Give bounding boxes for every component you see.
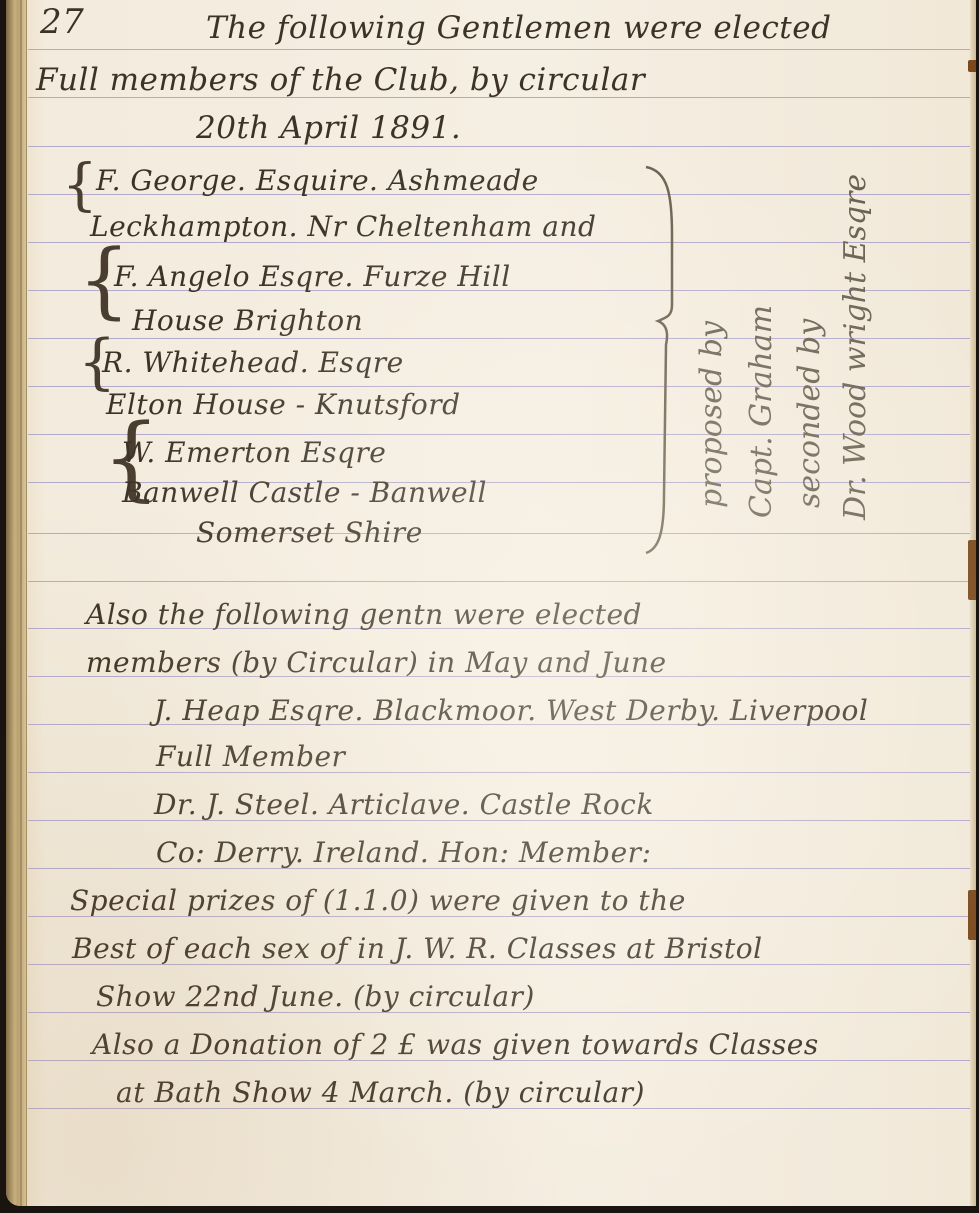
donation-line-2: at Bath Show 4 March. (by circular)	[116, 1076, 645, 1109]
member-steel-line-1: Dr. J. Steel. Articlave. Castle Rock	[154, 788, 654, 821]
prizes-line-3: Show 22nd June. (by circular)	[96, 980, 535, 1013]
donation-line-1: Also a Donation of 2 £ was given towards…	[92, 1028, 819, 1061]
member-4-line-1: W. Emerton Esqre	[122, 436, 386, 469]
member-4-line-2: Banwell Castle - Banwell	[122, 476, 487, 509]
edge-stain	[968, 60, 976, 72]
ruled-line	[28, 49, 976, 50]
page-edge	[970, 0, 976, 1206]
member-1-line-2: Leckhampton. Nr Cheltenham and	[90, 210, 596, 243]
header-date: 20th April 1891.	[196, 110, 461, 146]
may-june-line-2: members (by Circular) in May and June	[86, 646, 667, 679]
ruled-line	[28, 146, 976, 147]
page-number: 27	[40, 2, 84, 42]
binding-stitch-line	[20, 0, 22, 1206]
proposal-note-line-3: seconded by	[792, 319, 827, 508]
member-3-line-1: R. Whitehead. Esqre	[102, 346, 404, 379]
edge-stain	[968, 540, 976, 600]
member-brace: {	[62, 158, 98, 214]
proposal-note-line-4: Dr. Wood wright Esqre	[838, 174, 873, 520]
prizes-line-1: Special prizes of (1.1.0) were given to …	[70, 884, 686, 917]
proposal-note-line-1: proposed by	[694, 321, 729, 508]
proposal-note-line-2: Capt. Graham	[744, 305, 779, 518]
member-heap-line-2: Full Member	[156, 740, 345, 773]
edge-stain	[968, 890, 976, 940]
ruled-line	[28, 386, 976, 387]
header-line-1: The following Gentlemen were elected	[206, 10, 831, 46]
header-line-2: Full members of the Club, by circular	[36, 62, 645, 98]
member-2-line-2: House Brighton	[132, 304, 363, 337]
member-1-line-1: F. George. Esquire. Ashmeade	[96, 164, 539, 197]
ruled-line	[28, 533, 976, 534]
ruled-line	[28, 338, 976, 339]
member-steel-line-2: Co: Derry. Ireland. Hon: Member:	[156, 836, 651, 869]
member-heap-line-1: J. Heap Esqre. Blackmoor. West Derby. Li…	[154, 694, 868, 727]
member-2-line-1: F. Angelo Esqre. Furze Hill	[114, 260, 511, 293]
prizes-line-2: Best of each sex of in J. W. R. Classes …	[72, 932, 763, 965]
closing-brace-icon	[642, 165, 682, 555]
notebook-page: 27 The following Gentlemen were elected …	[6, 0, 976, 1206]
may-june-line-1: Also the following gentn were elected	[86, 598, 642, 631]
ruled-line	[28, 581, 976, 582]
member-4-line-3: Somerset Shire	[196, 516, 423, 549]
member-3-line-2: Elton House - Knutsford	[106, 388, 461, 421]
binding-spine	[6, 0, 27, 1206]
ruled-line	[28, 434, 976, 435]
